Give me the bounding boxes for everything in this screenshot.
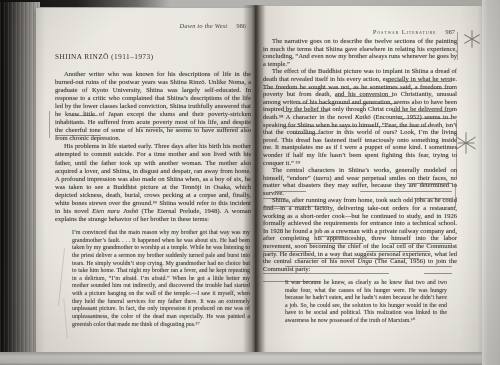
right-paragraph-2: The effect of the Buddhist picture was t… [263,68,457,167]
right-paragraph-1: The narrative goes on to describe the tw… [263,38,457,68]
right-paragraph-2-text-cont: (Encounter, 1952) seems to be speaking f… [263,114,457,167]
right-block-quote: It was because he knew, as clearly as he… [285,280,447,325]
page-edge-stack [0,2,40,358]
left-page: Dawn to the West986 SHIINA RINZŌ (1911–1… [36,8,255,352]
photo-background-bottom [0,352,500,365]
right-paragraph-4-text: Shiina, after running away from home, to… [263,197,457,265]
right-page-text-column: The narrative goes on to describe the tw… [263,38,457,325]
novel-title-eien-naru-josho: Eien naru Joshō [92,208,138,215]
left-page-text-column: Another writer who was known for his des… [55,71,251,329]
book-photo: Dawn to the West986 SHIINA RINZŌ (1911–1… [0,0,500,365]
right-paragraph-4: Shiina, after running away from home, to… [263,197,457,273]
right-paragraph-3: The central characters in Shiina’s works… [263,167,457,197]
japanese-word-taeru: taeru [316,175,330,182]
novel-title-kaiko: Kaikō [355,114,371,121]
right-page: Postwar Literature987 The narrative goes… [255,6,482,354]
running-head-left-title: Dawn to the West [180,23,228,30]
running-head-right-title: Postwar Literature [373,29,436,36]
running-head-right: Postwar Literature987 [373,29,455,36]
left-paragraph-2: His problems in life started early. Thre… [55,143,251,223]
running-head-left-page-number: 986 [236,23,246,30]
left-paragraph-1: Another writer who was known for his des… [55,71,251,143]
running-head-left: Dawn to the West986 [180,23,246,30]
left-paragraph-2-text: His problems in life started early. Thre… [55,143,251,214]
novel-title-unga: Unga [358,258,373,265]
running-head-right-page-number: 987 [445,29,455,36]
section-heading: SHIINA RINZŌ (1911–1973) [55,52,154,61]
left-block-quote: I’m convinced that the main reason why m… [72,230,250,330]
photo-background-right [482,0,500,365]
